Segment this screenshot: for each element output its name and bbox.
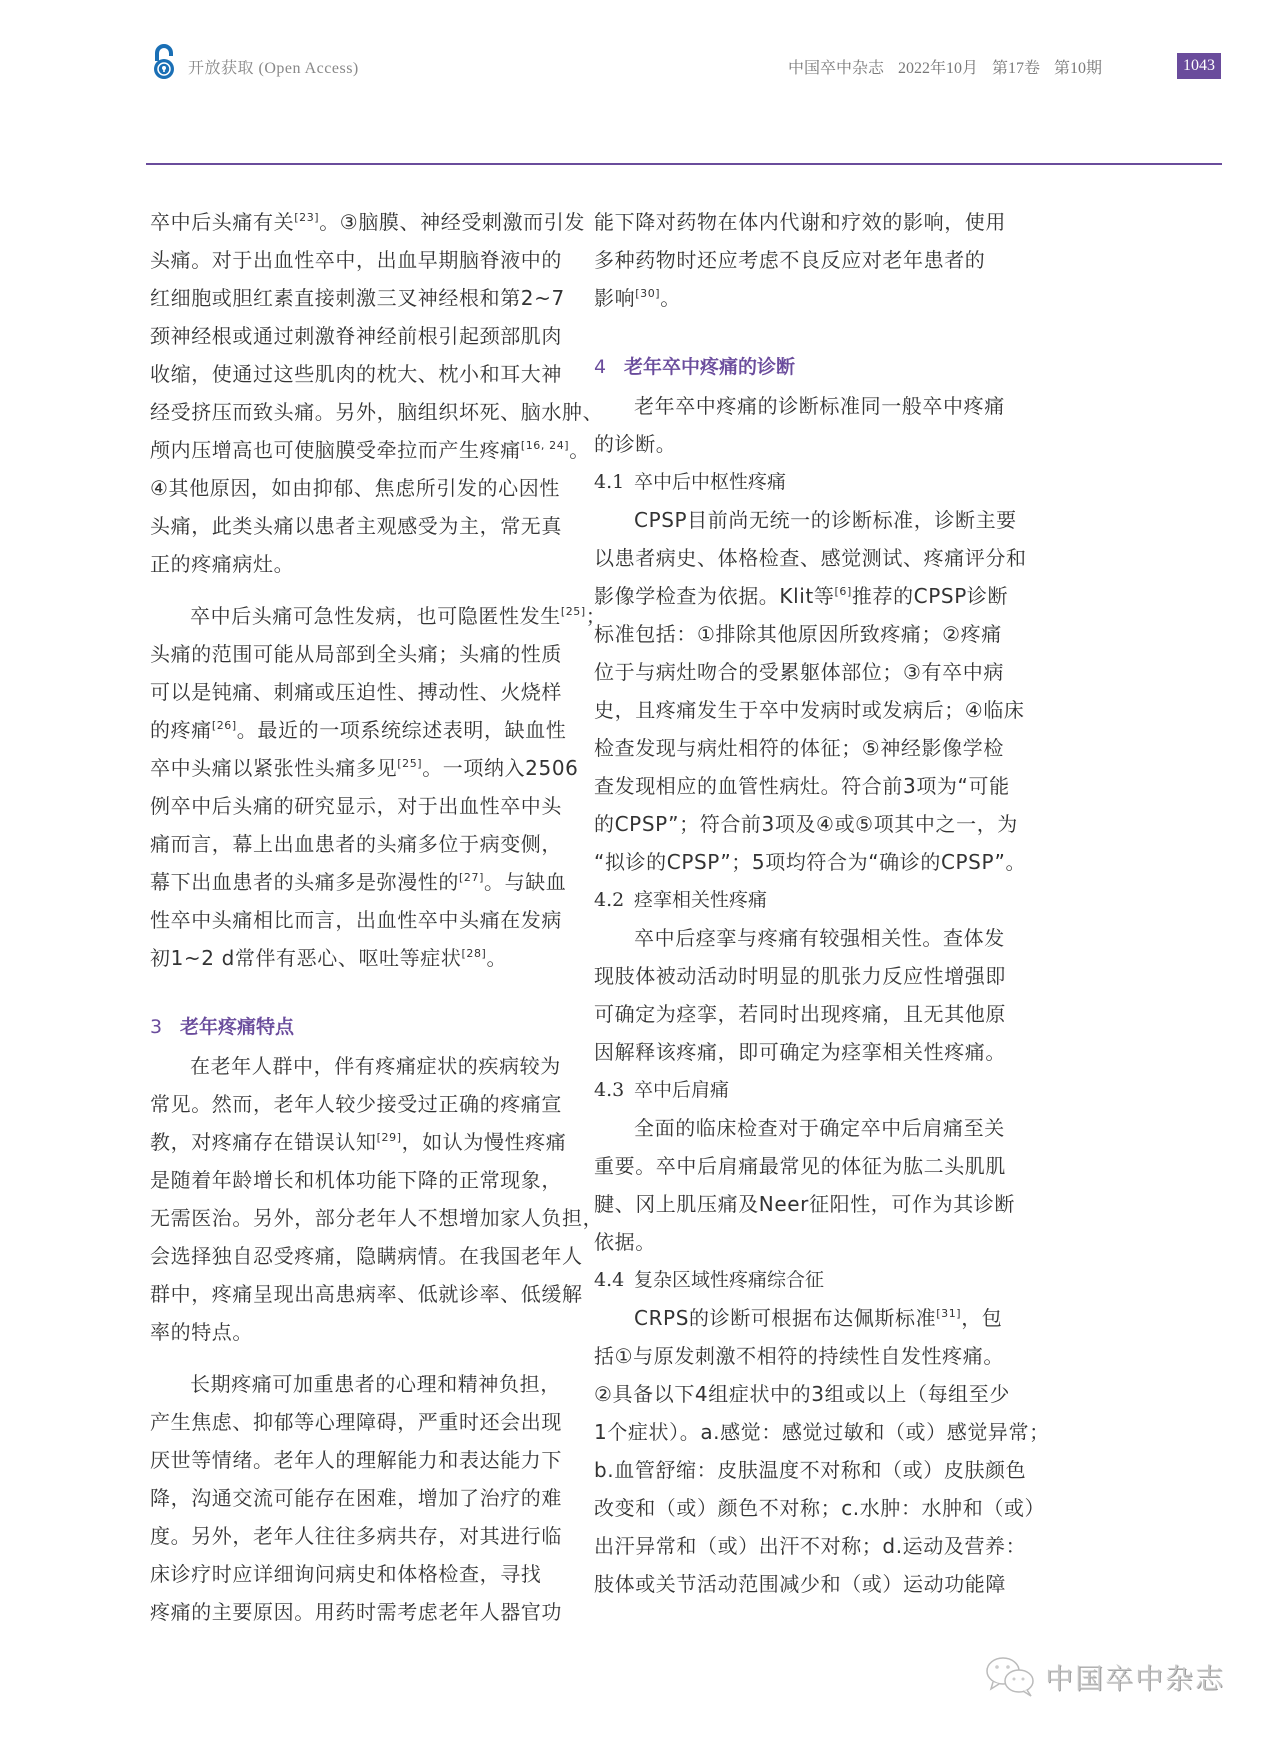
text-line: “拟诊的CPSP”；5项均符合为“确诊的CPSP”。 [594,843,1024,881]
text-line: 群中，疼痛呈现出高患病率、低就诊率、低缓解 [150,1275,580,1313]
header-divider [146,163,1222,165]
citation-ref: [26] [212,719,237,732]
issue-date: 2022年10月 [898,60,978,77]
wechat-icon [985,1655,1037,1699]
text-line: ④其他原因，如由抑郁、焦虑所引发的心因性 [150,469,580,507]
citation-ref: [29] [377,1131,402,1144]
left-column: 卒中后头痛有关[23]。③脑膜、神经受刺激而引发头痛。对于出血性卒中，出血早期脑… [150,203,580,1631]
text-line: 会选择独自忍受疼痛，隐瞒病情。在我国老年人 [150,1237,580,1275]
page-number-badge: 1043 [1177,53,1221,79]
text-line: 卒中后痉挛与疼痛有较强相关性。查体发 [594,919,1024,957]
text-line: 长期疼痛可加重患者的心理和精神负担， [150,1365,580,1403]
text-line: 因解释该疼痛，即可确定为痉挛相关性疼痛。 [594,1033,1024,1071]
text-line: 全面的临床检查对于确定卒中后肩痛至关 [594,1109,1024,1147]
text-line: 多种药物时还应考虑不良反应对老年患者的 [594,241,1024,279]
text-line: 腱、冈上肌压痛及Neer征阳性，可作为其诊断 [594,1185,1024,1223]
footer-watermark: 中国卒中杂志 [985,1655,1225,1699]
text-line: 颅内压增高也可使脑膜受牵拉而产生疼痛[16, 24]。 [150,431,580,469]
text-line: 幕下出血患者的头痛多是弥漫性的[27]。与缺血 [150,863,580,901]
text-line: 痛而言，幕上出血患者的头痛多位于病变侧， [150,825,580,863]
text-line: 的诊断。 [594,425,1024,463]
text-line: 检查发现与病灶相符的体征；⑤神经影像学检 [594,729,1024,767]
paragraph: 全面的临床检查对于确定卒中后肩痛至关重要。卒中后肩痛最常见的体征为肱二头肌肌腱、… [594,1109,1024,1261]
citation-ref: [30] [635,287,660,300]
text-line: 以患者病史、体格检查、感觉测试、疼痛评分和 [594,539,1024,577]
text-line: 无需医治。另外，部分老年人不想增加家人负担， [150,1199,580,1237]
text-line: 影像学检查为依据。Klit等[6]推荐的CPSP诊断 [594,577,1024,615]
text-line: 史，且疼痛发生于卒中发病时或发病后；④临床 [594,691,1024,729]
text-line: 查发现相应的血管性病灶。符合前3项为“可能 [594,767,1024,805]
text-line: 重要。卒中后肩痛最常见的体征为肱二头肌肌 [594,1147,1024,1185]
text-line: 正的疼痛病灶。 [150,545,580,583]
text-line: 降，沟通交流可能存在困难，增加了治疗的难 [150,1479,580,1517]
text-line: 性卒中头痛相比而言，出血性卒中头痛在发病 [150,901,580,939]
text-line: 头痛。对于出血性卒中，出血早期脑脊液中的 [150,241,580,279]
text-line: 的CPSP”；符合前3项及④或⑤项其中之一，为 [594,805,1024,843]
text-line: 教，对疼痛存在错误认知[29]，如认为慢性疼痛 [150,1123,580,1161]
issue: 第10期 [1054,60,1102,77]
open-access-lock-icon [151,44,177,80]
text-line: 头痛，此类头痛以患者主观感受为主，常无真 [150,507,580,545]
text-line: 卒中头痛以紧张性头痛多见[25]。一项纳入2506 [150,749,580,787]
text-line: 是随着年龄增长和机体功能下降的正常现象， [150,1161,580,1199]
citation-ref: [28] [461,947,486,960]
paragraph: 卒中后头痛有关[23]。③脑膜、神经受刺激而引发头痛。对于出血性卒中，出血早期脑… [150,203,580,583]
paragraph: 能下降对药物在体内代谢和疗效的影响，使用多种药物时还应考虑不良反应对老年患者的影… [594,203,1024,317]
text-line: 出汗异常和（或）出汗不对称；d.运动及营养： [594,1527,1024,1565]
subsection-heading-4-1: 4.1卒中后中枢性疼痛 [594,463,1024,501]
paragraph: 老年卒中疼痛的诊断标准同一般卒中疼痛的诊断。 [594,387,1024,463]
paragraph: 卒中后头痛可急性发病，也可隐匿性发生[25]；头痛的范围可能从局部到全头痛；头痛… [150,597,580,977]
text-line: 度。另外，老年人往往多病共存，对其进行临 [150,1517,580,1555]
citation-ref: [31] [936,1307,961,1320]
text-line: 可确定为痉挛，若同时出现疼痛，且无其他原 [594,995,1024,1033]
text-line: CPSP目前尚无统一的诊断标准，诊断主要 [594,501,1024,539]
text-line: ②具备以下4组症状中的3组或以上（每组至少 [594,1375,1024,1413]
text-line: CRPS的诊断可根据布达佩斯标准[31]，包 [594,1299,1024,1337]
text-line: 依据。 [594,1223,1024,1261]
citation-ref: [25] [561,605,586,618]
text-line: 颈神经根或通过刺激脊神经前根引起颈部肌肉 [150,317,580,355]
subsection-heading-4-2: 4.2痉挛相关性疼痛 [594,881,1024,919]
text-line: 例卒中后头痛的研究显示，对于出血性卒中头 [150,787,580,825]
text-line: 卒中后头痛可急性发病，也可隐匿性发生[25]； [150,597,580,635]
text-line: 现肢体被动活动时明显的肌张力反应性增强即 [594,957,1024,995]
text-line: 厌世等情绪。老年人的理解能力和表达能力下 [150,1441,580,1479]
subsection-heading-4-3: 4.3卒中后肩痛 [594,1071,1024,1109]
text-line: 率的特点。 [150,1313,580,1351]
citation-ref: [6] [834,585,851,598]
journal-name: 中国卒中杂志 [788,60,884,77]
open-access-label: 开放获取 (Open Access) [188,55,359,78]
text-line: 床诊疗时应详细询问病史和体格检查，寻找 [150,1555,580,1593]
page-header: 开放获取 (Open Access) 中国卒中杂志 2022年10月 第17卷 … [0,0,1280,130]
text-line: b.血管舒缩：皮肤温度不对称和（或）皮肤颜色 [594,1451,1024,1489]
section-heading-3: 3老年疼痛特点 [150,1007,580,1047]
text-line: 头痛的范围可能从局部到全头痛；头痛的性质 [150,635,580,673]
text-line: 标准包括：①排除其他原因所致疼痛；②疼痛 [594,615,1024,653]
text-line: 收缩，使通过这些肌肉的枕大、枕小和耳大神 [150,355,580,393]
text-line: 能下降对药物在体内代谢和疗效的影响，使用 [594,203,1024,241]
section-heading-4: 4老年卒中疼痛的诊断 [594,347,1024,387]
text-line: 疼痛的主要原因。用药时需考虑老年人器官功 [150,1593,580,1631]
text-line: 红细胞或胆红素直接刺激三叉神经根和第2~7 [150,279,580,317]
journal-info: 中国卒中杂志 2022年10月 第17卷 第10期 [778,55,1168,78]
text-line: 括①与原发刺激不相符的持续性自发性疼痛。 [594,1337,1024,1375]
text-line: 1个症状）。a.感觉：感觉过敏和（或）感觉异常； [594,1413,1024,1451]
text-line: 改变和（或）颜色不对称；c.水肿：水肿和（或） [594,1489,1024,1527]
right-column: 能下降对药物在体内代谢和疗效的影响，使用多种药物时还应考虑不良反应对老年患者的影… [594,203,1024,1603]
text-line: 肢体或关节活动范围减少和（或）运动功能障 [594,1565,1024,1603]
text-line: 产生焦虑、抑郁等心理障碍，严重时还会出现 [150,1403,580,1441]
paragraph: CRPS的诊断可根据布达佩斯标准[31]，包括①与原发刺激不相符的持续性自发性疼… [594,1299,1024,1603]
text-line: 常见。然而，老年人较少接受过正确的疼痛宣 [150,1085,580,1123]
volume: 第17卷 [992,60,1040,77]
text-line: 的疼痛[26]。最近的一项系统综述表明，缺血性 [150,711,580,749]
text-line: 在老年人群中，伴有疼痛症状的疾病较为 [150,1047,580,1085]
citation-ref: [25] [397,757,422,770]
text-line: 位于与病灶吻合的受累躯体部位；③有卒中病 [594,653,1024,691]
text-line: 卒中后头痛有关[23]。③脑膜、神经受刺激而引发 [150,203,580,241]
citation-ref: [16, 24] [521,439,569,452]
text-line: 可以是钝痛、刺痛或压迫性、搏动性、火烧样 [150,673,580,711]
paragraph: 长期疼痛可加重患者的心理和精神负担，产生焦虑、抑郁等心理障碍，严重时还会出现厌世… [150,1365,580,1631]
paragraph: CPSP目前尚无统一的诊断标准，诊断主要以患者病史、体格检查、感觉测试、疼痛评分… [594,501,1024,881]
text-line: 经受挤压而致头痛。另外，脑组织坏死、脑水肿、 [150,393,580,431]
paragraph: 卒中后痉挛与疼痛有较强相关性。查体发现肢体被动活动时明显的肌张力反应性增强即可确… [594,919,1024,1071]
citation-ref: [23] [294,211,319,224]
text-line: 初1~2 d常伴有恶心、呕吐等症状[28]。 [150,939,580,977]
citation-ref: [27] [459,871,484,884]
text-line: 老年卒中疼痛的诊断标准同一般卒中疼痛 [594,387,1024,425]
paragraph: 在老年人群中，伴有疼痛症状的疾病较为常见。然而，老年人较少接受过正确的疼痛宣教，… [150,1047,580,1351]
text-line: 影响[30]。 [594,279,1024,317]
subsection-heading-4-4: 4.4复杂区域性疼痛综合征 [594,1261,1024,1299]
footer-journal-name: 中国卒中杂志 [1045,1657,1225,1697]
